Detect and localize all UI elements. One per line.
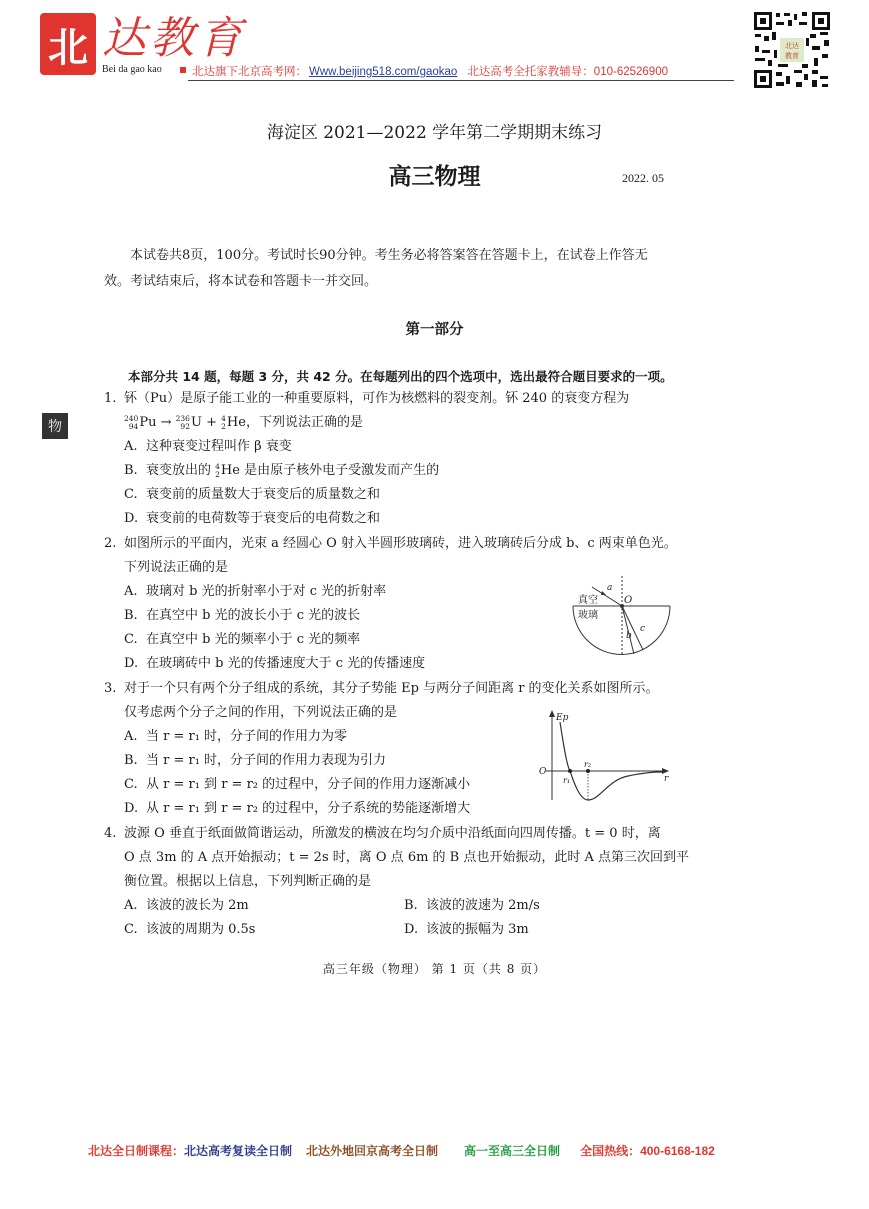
question-4-stem-line2: O 点 3m 的 A 点开始振动；t = 2s 时，离 O 点 6m 的 B 点…: [124, 846, 689, 870]
q2-option-a: A.玻璃对 b 光的折射率小于对 c 光的折射率: [124, 580, 386, 604]
question-number: 3.: [104, 677, 124, 701]
part-title: 第一部分: [0, 318, 869, 339]
q2-option-d: D.在玻璃砖中 b 光的传播速度大于 c 光的传播速度: [124, 652, 425, 676]
question-number: 1.: [104, 387, 124, 411]
svg-text:玻璃: 玻璃: [578, 608, 598, 621]
exam-instructions: 本试卷共8页，100分。考试时长90分钟。考生务必将答案答在答题卡上，在试卷上作…: [104, 243, 670, 295]
q4-option-a: A.该波的波长为 2m: [124, 894, 249, 918]
promo-retake-course: 北达高考复读全日制: [184, 1144, 292, 1158]
logo-name: 达教育: [102, 14, 246, 64]
svg-text:O: O: [539, 767, 547, 777]
svg-text:b: b: [626, 631, 632, 641]
subject-title: 高三物理: [0, 158, 869, 191]
subject-side-tab: 物: [42, 413, 68, 439]
question-1-equation: 24094Pu → 23692U + 42He，下列说法正确的是: [124, 411, 363, 435]
logo-subtitle: Bei da gao kao: [102, 64, 162, 75]
svg-text:r₁: r₁: [563, 776, 570, 785]
nuclide-he: 42: [221, 415, 226, 431]
exam-title: 海淀区 2021—2022 学年第二学期期末练习: [0, 118, 869, 143]
question-number: 2.: [104, 532, 124, 556]
gaokao-website-link[interactable]: Www.beijing518.com/gaokao: [309, 66, 457, 78]
exam-date: 2022. 05: [622, 171, 664, 186]
nuclide-u: 23692: [176, 415, 190, 431]
logo-emblem: 北: [40, 13, 96, 75]
q4-option-d: D.该波的振幅为 3m: [404, 918, 529, 942]
q3-option-c: C.从 r = r₁ 到 r = r₂ 的过程中，分子间的作用力逐渐减小: [124, 773, 470, 797]
q3-option-b: B.当 r = r₁ 时，分子间的作用力表现为引力: [124, 749, 386, 773]
question-1-stem: 1.钚（Pu）是原子能工业的一种重要原料，可作为核燃料的裂变剂。钚 240 的衰…: [104, 387, 629, 411]
q2-option-c: C.在真空中 b 光的频率小于 c 光的频率: [124, 628, 360, 652]
promo-bar: 北达全日制课程：北达高考复读全日制北达外地回京高考全日制高一至高三全日制全国热线…: [88, 1142, 729, 1159]
q3-option-d: D.从 r = r₁ 到 r = r₂ 的过程中，分子系统的势能逐渐增大: [124, 797, 470, 821]
part-description: 本部分共 14 题，每题 3 分，共 42 分。在每题列出的四个选项中，选出最符…: [128, 367, 673, 385]
svg-text:真空: 真空: [578, 593, 598, 606]
q1-option-c: C.衰变前的质量数大于衰变后的质量数之和: [124, 483, 380, 507]
svg-text:Ep: Ep: [555, 713, 569, 723]
q1-option-d: D.衰变前的电荷数等于衰变后的电荷数之和: [124, 507, 380, 531]
header-tagline: 北达旗下北京高考网：Www.beijing518.com/gaokao北达高考全…: [192, 63, 668, 79]
question-4-stem: 4.波源 O 垂直于纸面做简谐运动，所激发的横波在均匀介质中沿纸面向四周传播。t…: [104, 822, 661, 846]
tagline-suffix: 北达高考全托家教辅导：010-62526900: [467, 66, 668, 78]
promo-label: 北达全日制课程：: [88, 1144, 184, 1158]
question-number: 4.: [104, 822, 124, 846]
nuclide-pu: 24094: [124, 415, 138, 431]
q4-option-c: C.该波的周期为 0.5s: [124, 918, 255, 942]
q2-option-b: B.在真空中 b 光的波长小于 c 光的波长: [124, 604, 360, 628]
question-3-stem: 3.对于一个只有两个分子组成的系统，其分子势能 Ep 与两分子间距离 r 的变化…: [104, 677, 659, 701]
question-4-stem-line3: 衡位置。根据以上信息，下列判断正确的是: [124, 870, 371, 894]
qr-code-icon: 北达 教育: [752, 10, 832, 90]
question-text: 钚（Pu）是原子能工业的一种重要原料，可作为核燃料的裂变剂。钚 240 的衰变方…: [124, 391, 629, 406]
q4-option-b: B.该波的波速为 2m/s: [404, 894, 540, 918]
question-2-stem: 2.如图所示的平面内，光束 a 经圆心 O 射入半圆形玻璃砖，进入玻璃砖后分成 …: [104, 532, 677, 556]
svg-text:a: a: [607, 583, 612, 593]
question-2-stem-line2: 下列说法正确的是: [124, 556, 228, 580]
svg-text:北达: 北达: [785, 41, 799, 50]
refraction-diagram: a O 真空 玻璃 b c: [570, 574, 675, 658]
logo-char: 北: [48, 16, 88, 73]
question-3-stem-line2: 仅考虑两个分子之间的作用，下列说法正确的是: [124, 701, 397, 725]
promo-hotline: 全国热线：400-6168-182: [580, 1144, 715, 1158]
svg-text:O: O: [624, 595, 632, 606]
bullet-square-icon: [180, 67, 186, 73]
header-divider: [188, 80, 734, 81]
q1-option-b: B.衰变放出的 42He 是由原子核外电子受激发而产生的: [124, 459, 439, 483]
potential-energy-graph: Ep O r r₁ r₂: [538, 708, 673, 804]
q3-option-a: A.当 r = r₁ 时，分子间的作用力为零: [124, 725, 347, 749]
promo-grade-course: 高一至高三全日制: [464, 1144, 560, 1158]
svg-text:r: r: [664, 774, 669, 784]
svg-text:教育: 教育: [785, 51, 799, 60]
q1-option-a: A.这种衰变过程叫作 β 衰变: [124, 435, 292, 459]
svg-text:c: c: [640, 624, 645, 634]
svg-text:r₂: r₂: [584, 760, 591, 769]
page-footer: 高三年级（物理） 第 1 页（共 8 页）: [0, 960, 869, 977]
tagline-prefix: 北达旗下北京高考网：: [192, 66, 307, 78]
promo-return-beijing-course: 北达外地回京高考全日制: [306, 1144, 438, 1158]
